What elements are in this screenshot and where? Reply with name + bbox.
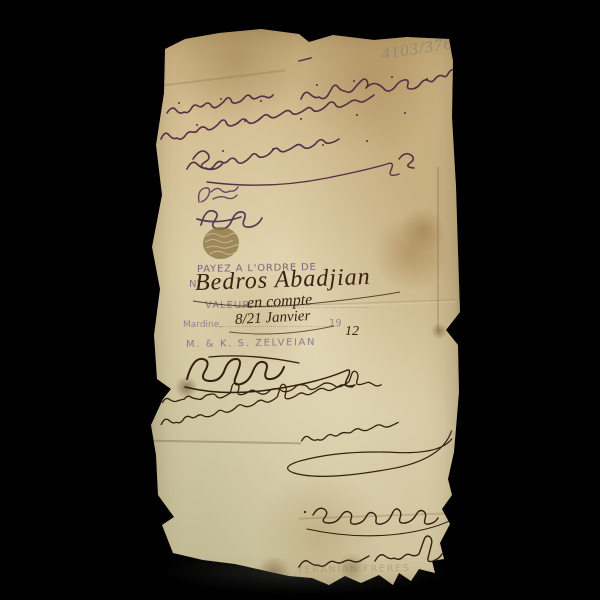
purple-annotation xyxy=(199,187,238,202)
pen-dash-mark xyxy=(299,58,311,61)
armenian-note-handwriting xyxy=(160,369,453,481)
vertical-crease xyxy=(437,167,439,332)
diacritic-dots xyxy=(178,76,428,152)
ottoman-seal-stamp xyxy=(202,226,241,261)
armenian-signature xyxy=(304,508,458,536)
document-photo: 4103/376 PAYEZ A L'ORDRE DE N° VALEUR Ma… xyxy=(0,0,600,600)
year-handwriting: 12 xyxy=(345,324,359,340)
place-stamp-label: Mardine, xyxy=(183,320,222,330)
catalog-number: 4103/376 xyxy=(380,33,454,64)
firm-stamp: M. & K. S. ZELVEIAN xyxy=(186,337,316,350)
year-prefix-stamp: 19 xyxy=(329,318,342,329)
valeur-stamp-label: VALEUR xyxy=(205,300,250,311)
tear-crease xyxy=(149,440,301,445)
zelveian-signature xyxy=(185,356,355,393)
ottoman-handwriting xyxy=(161,70,456,186)
bottom-armenian-note xyxy=(299,536,442,567)
lower-crease xyxy=(299,512,449,519)
promissory-note-paper: 4103/376 PAYEZ A L'ORDRE DE N° VALEUR Ma… xyxy=(149,27,461,590)
purple-scribble-signature xyxy=(197,211,262,229)
corner-crease xyxy=(161,69,285,86)
bottom-faded-stamp: YERANIAN FRERES xyxy=(297,563,411,576)
